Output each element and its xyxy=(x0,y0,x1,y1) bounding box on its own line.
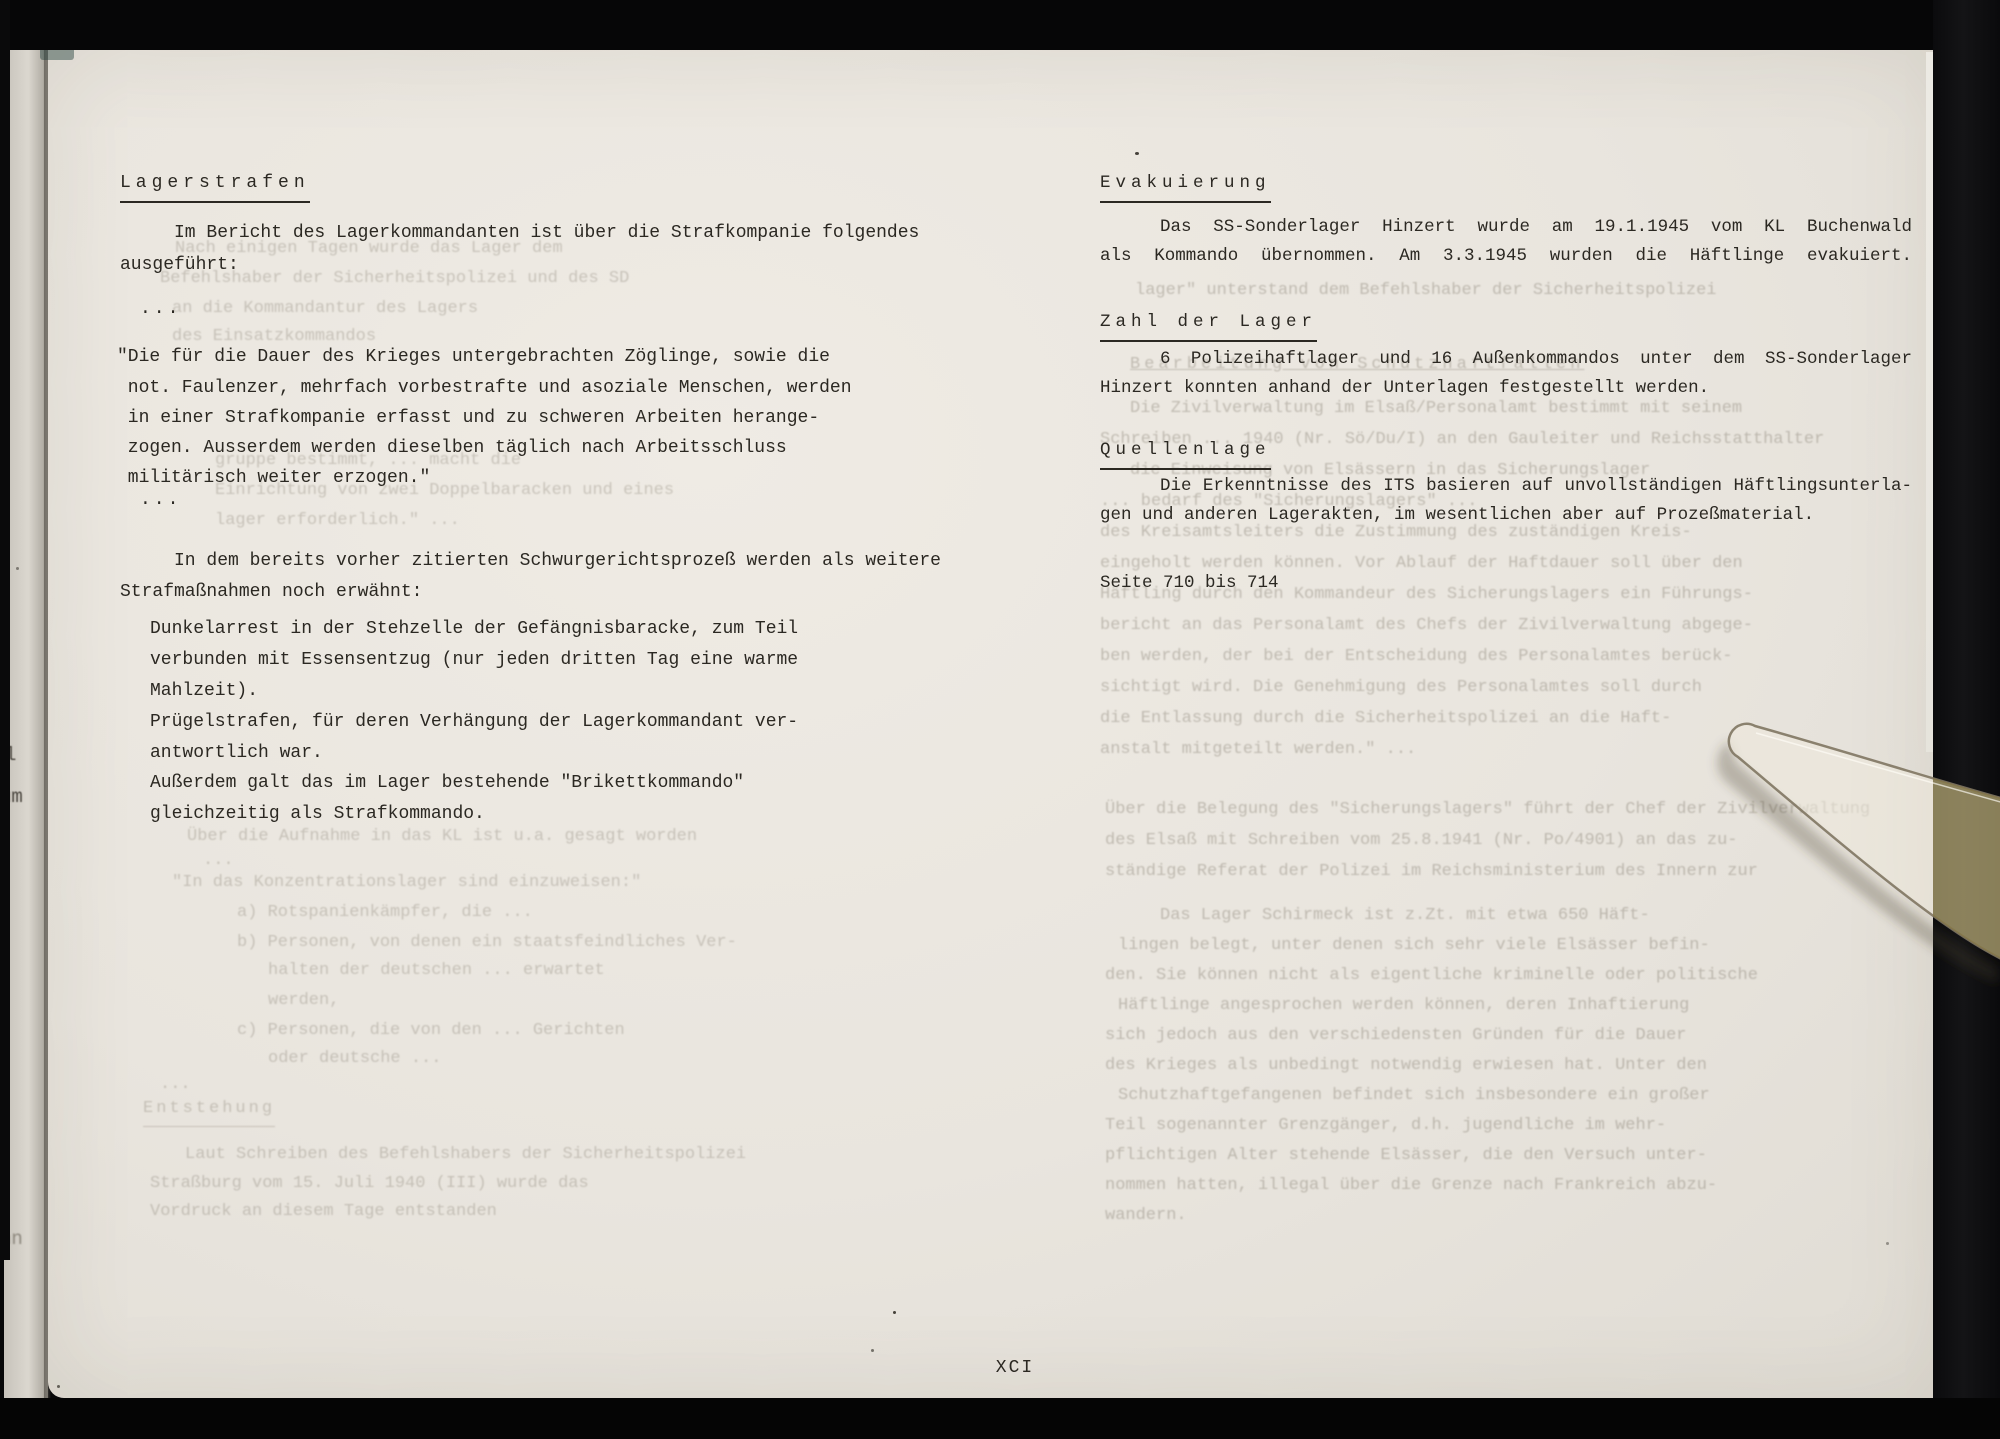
ellipsis-line: ... xyxy=(140,296,181,322)
page-number: XCI xyxy=(960,1355,1070,1381)
section-heading-lagerstrafen: Lagerstrafen xyxy=(120,170,310,203)
bleedthrough-line: Teil sogenannter Grenzgänger, d.h. jugen… xyxy=(1105,1113,1666,1139)
text-line: Hinzert konnten anhand der Unterlagen fe… xyxy=(1100,375,1709,401)
bleedthrough-line: nommen hatten, illegal über die Grenze n… xyxy=(1105,1173,1717,1199)
bleedthrough-line: "In das Konzentrationslager sind einzuwe… xyxy=(172,870,641,896)
bleedthrough-heading: Entstehung xyxy=(143,1096,275,1127)
text-line: not. Faulenzer, mehrfach vorbestrafte un… xyxy=(117,375,852,401)
text-line: Prügelstrafen, für deren Verhängung der … xyxy=(150,709,798,735)
text-line: Dunkelarrest in der Stehzelle der Gefäng… xyxy=(150,616,798,642)
text-line: ausgeführt: xyxy=(120,252,239,278)
dust-speck xyxy=(57,1385,60,1388)
bleedthrough-line: des Krieges als unbedingt notwendig erwi… xyxy=(1105,1053,1707,1079)
scanned-book-page: Nach einigen Tagen wurde das Lager dem B… xyxy=(0,0,2000,1439)
bleedthrough-line: ben werden, der bei der Entscheidung des… xyxy=(1100,644,1733,670)
text-line: In dem bereits vorher zitierten Schwurge… xyxy=(120,548,941,574)
bleedthrough-line: a) Rotspanienkämpfer, die ... xyxy=(237,900,533,926)
text-line: Das SS-Sonderlager Hinzert wurde am 19.1… xyxy=(1100,214,1912,240)
ellipsis-line: ... xyxy=(140,487,181,513)
bleedthrough-line: Laut Schreiben des Befehlshabers der Sic… xyxy=(185,1142,746,1168)
text-line: als Kommando übernommen. Am 3.3.1945 wur… xyxy=(1100,243,1912,269)
dust-speck xyxy=(16,567,19,570)
text-line: gleichzeitig als Strafkommando. xyxy=(150,801,485,827)
page-right-edge xyxy=(1926,52,1933,752)
bleedthrough-line: lager erforderlich." ... xyxy=(215,508,460,534)
scan-border-top xyxy=(0,0,2000,50)
bleedthrough-line: halten der deutschen ... erwartet xyxy=(268,958,605,984)
text-line: Strafmaßnahmen noch erwähnt: xyxy=(120,579,422,605)
page-range-reference: Seite 710 bis 714 xyxy=(1100,570,1279,596)
bleedthrough-line: den. Sie können nicht als eigentliche kr… xyxy=(1105,963,1758,989)
bleedthrough-line: pflichtigen Alter stehende Elsässer, die… xyxy=(1105,1143,1707,1169)
bleedthrough-line: des Elsaß mit Schreiben vom 25.8.1941 (N… xyxy=(1105,828,1738,854)
bleedthrough-line: sich jedoch aus den verschiedensten Grün… xyxy=(1105,1023,1687,1049)
text-line: Die Erkenntnisse des ITS basieren auf un… xyxy=(1100,473,1912,499)
bleedthrough-line: Über die Aufnahme in das KL ist u.a. ges… xyxy=(187,824,697,850)
bleedthrough-line: wandern. xyxy=(1105,1203,1187,1229)
text-line: Außerdem galt das im Lager bestehende "B… xyxy=(150,770,744,796)
bleedthrough-line: anstalt mitgeteilt werden." ... xyxy=(1100,737,1416,763)
text-line: Im Bericht des Lagerkommandanten ist übe… xyxy=(120,220,919,246)
text-line: zogen. Ausserdem werden dieselben täglic… xyxy=(117,435,787,461)
section-heading-evakuierung: Evakuierung xyxy=(1100,170,1271,203)
bleedthrough-line: sichtigt wird. Die Genehmigung des Perso… xyxy=(1100,675,1702,701)
text-line: "Die für die Dauer des Krieges untergebr… xyxy=(117,344,830,370)
text-line: verbunden mit Essensentzug (nur jeden dr… xyxy=(150,647,798,673)
scan-border-bottom xyxy=(0,1398,2000,1439)
bleedthrough-line: oder deutsche ... xyxy=(268,1046,441,1072)
text-line: Mahlzeit). xyxy=(150,678,258,704)
text-line: gen und anderen Lagerakten, im wesentlic… xyxy=(1100,502,1814,528)
bleedthrough-line: b) Personen, von denen ein staatsfeindli… xyxy=(237,930,737,956)
bleedthrough-line: werden, xyxy=(268,988,339,1014)
bleedthrough-line: Schutzhaftgefangenen befindet sich insbe… xyxy=(1118,1083,1710,1109)
bleedthrough-line: bericht an das Personalamt des Chefs der… xyxy=(1100,613,1753,639)
page-edge-sliver xyxy=(4,44,48,1412)
bleedthrough-line: ständige Referat der Polizei im Reichsmi… xyxy=(1105,859,1758,885)
dust-speck xyxy=(1886,1242,1889,1245)
bleedthrough-line: ... xyxy=(160,1072,191,1098)
scan-border-right xyxy=(1933,0,2000,1439)
dust-speck xyxy=(1135,152,1139,155)
scan-border-left xyxy=(0,0,10,1260)
bleedthrough-line: Über die Belegung des "Sicherungslagers"… xyxy=(1105,797,1870,823)
text-line: 6 Polizeihaftlager und 16 Außenkommandos… xyxy=(1100,346,1912,372)
bleedthrough-line: Häftlinge angesprochen werden können, de… xyxy=(1118,993,1689,1019)
bleedthrough-line: an die Kommandantur des Lagers xyxy=(172,296,478,322)
dust-speck xyxy=(871,1349,874,1352)
bleedthrough-line: lingen belegt, unter denen sich sehr vie… xyxy=(1118,933,1710,959)
section-heading-quellenlage: Quellenlage xyxy=(1100,437,1271,470)
bleedthrough-line: lager" unterstand dem Befehlshaber der S… xyxy=(1135,278,1717,304)
bleedthrough-line: Straßburg vom 15. Juli 1940 (III) wurde … xyxy=(150,1171,589,1197)
bleedthrough-line: c) Personen, die von den ... Gerichten xyxy=(237,1018,625,1044)
dust-speck xyxy=(893,1311,896,1314)
text-line: antwortlich war. xyxy=(150,740,323,766)
section-heading-zahl-der-lager: Zahl der Lager xyxy=(1100,309,1317,342)
bleedthrough-line: die Entlassung durch die Sicherheitspoli… xyxy=(1100,706,1671,732)
bleedthrough-line: Vordruck an diesem Tage entstanden xyxy=(150,1199,497,1225)
text-line: in einer Strafkompanie erfasst und zu sc… xyxy=(117,405,819,431)
bleedthrough-line: Das Lager Schirmeck ist z.Zt. mit etwa 6… xyxy=(1160,903,1650,929)
